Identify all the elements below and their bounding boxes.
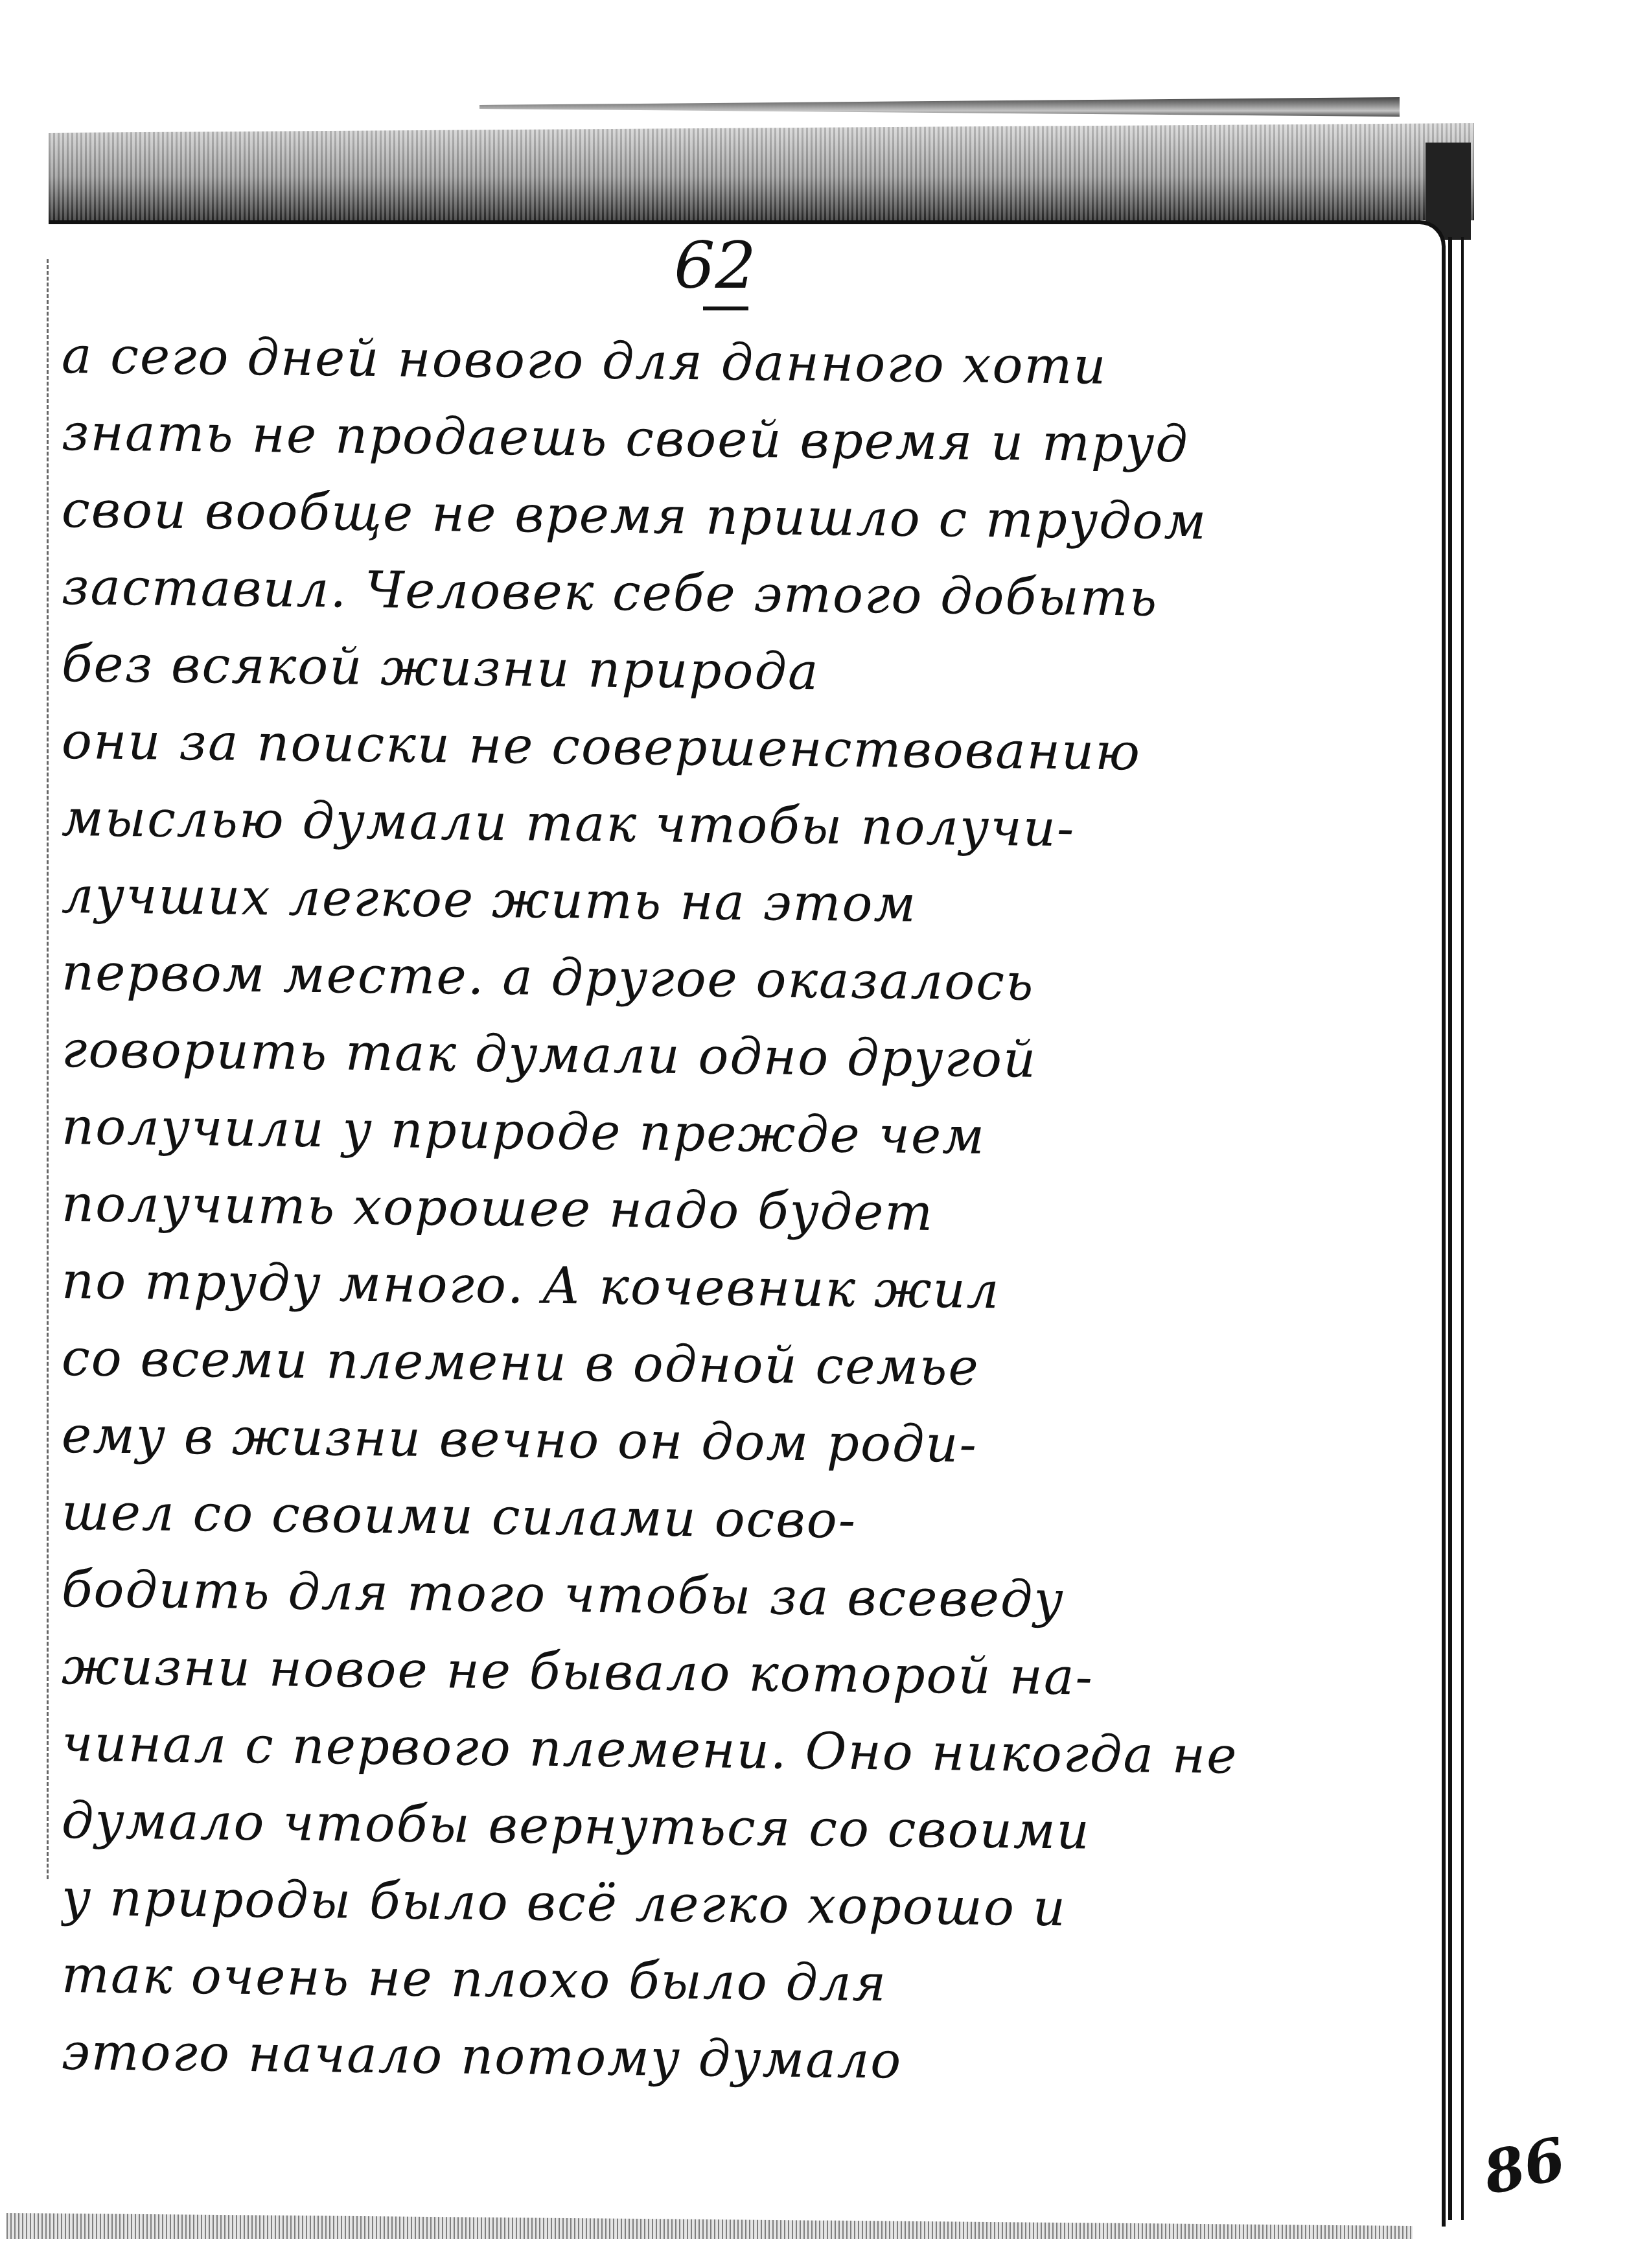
text-line: знать не продаешь своей время и труд xyxy=(61,395,1396,486)
text-line: мыслью думали так чтобы получи- xyxy=(61,780,1396,872)
text-line: получить хорошее надо будет xyxy=(61,1166,1396,1257)
scan-top-shadow-strip xyxy=(479,97,1400,117)
text-line: ему в жизни вечно он дом роди- xyxy=(61,1397,1396,1488)
text-line: получили у природе прежде чем xyxy=(61,1089,1396,1180)
text-line: лучших легкое жить на этом xyxy=(61,857,1396,949)
archive-page-number: 86 xyxy=(1477,2124,1571,2208)
text-line: у природы было всё легко хорошо и xyxy=(61,1860,1396,1951)
text-line: шел со своими силами осво- xyxy=(61,1474,1396,1566)
text-line: свои вообще не время пришло с трудом xyxy=(61,472,1396,563)
text-line: со всеми племени в одной семье xyxy=(61,1320,1396,1411)
text-line: бодить для того чтобы за всеведу xyxy=(61,1551,1396,1643)
page-left-edge xyxy=(47,259,49,1879)
text-line: говорить так думали одно другой xyxy=(61,1012,1396,1103)
handwritten-text-body: а сего дней нового для данного хоти знат… xyxy=(62,318,1396,2091)
scan-top-binding-band xyxy=(49,123,1474,220)
text-line: думало чтобы вернуться со своими xyxy=(61,1783,1396,1874)
page-number-underline xyxy=(703,307,748,310)
text-line: по труду много. А кочевник жил xyxy=(61,1243,1396,1334)
text-line: жизни новое не бывало которой на- xyxy=(61,1628,1396,1720)
text-line: они за поиски не совершенствованию xyxy=(61,703,1396,794)
text-line: чинал с первого племени. Оно никогда не xyxy=(61,1706,1396,1797)
text-line: без всякой жизни природа xyxy=(61,626,1396,717)
text-line: первом месте. а другое оказалось xyxy=(61,934,1396,1026)
text-line: так очень не плохо было для xyxy=(61,1937,1396,2028)
text-line: этого начало потому думало xyxy=(61,2014,1396,2105)
page-number: 62 xyxy=(674,233,756,298)
text-line: заставил. Человек себе этого добыть xyxy=(61,549,1396,640)
text-line: а сего дней нового для данного хоти xyxy=(61,318,1396,409)
